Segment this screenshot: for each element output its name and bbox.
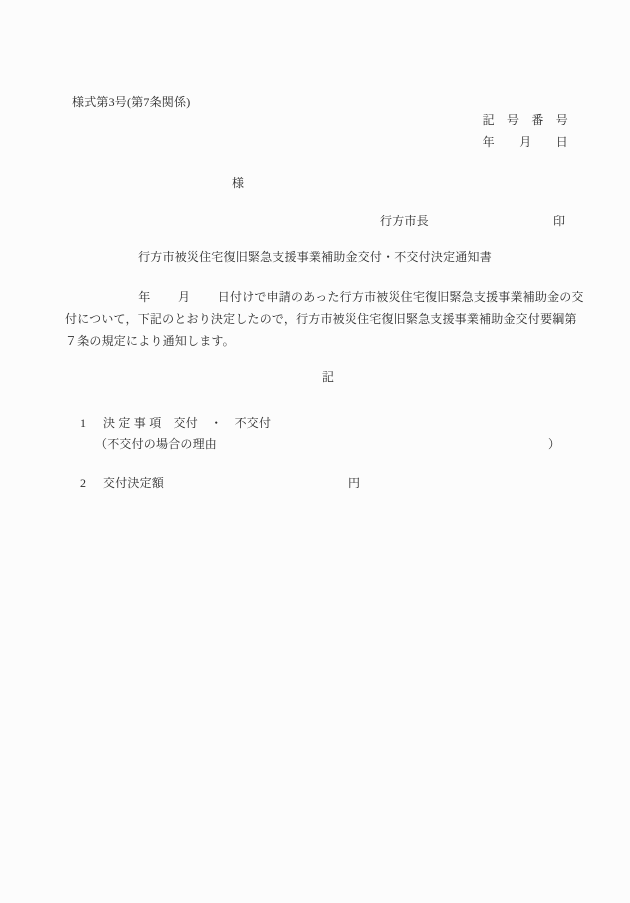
seal-mark: 印	[553, 214, 565, 229]
body-paragraph-line-3: ７条の規定により通知します。	[65, 334, 235, 349]
item-1-nongrant-reason-open: （不交付の場合の理由	[95, 437, 217, 452]
item-1-nongrant-reason-close: ）	[548, 437, 560, 452]
document-page: 様式第3号(第7条関係) 記 号 番 号 年 月 日 様 行方市長 印 行方市被…	[0, 0, 630, 903]
form-number: 様式第3号(第7条関係)	[72, 95, 190, 110]
item-2-yen-unit: 円	[348, 476, 360, 491]
document-reference-number: 記 号 番 号	[483, 113, 568, 128]
body-paragraph-line-1: 年 月 日付けで申請のあった行方市被災住宅復旧緊急支援事業補助金の交	[65, 290, 584, 305]
item-2-number: 2	[80, 476, 86, 491]
document-date: 年 月 日	[483, 135, 568, 150]
record-marker: 記	[322, 370, 334, 385]
document-title: 行方市被災住宅復旧緊急支援事業補助金交付・不交付決定通知書	[0, 250, 630, 265]
body-paragraph-line-2: 付について，下記のとおり決定したので，行方市被災住宅復旧緊急支援事業補助金交付要…	[65, 312, 577, 327]
item-1-number: 1	[80, 416, 86, 431]
item-2-grant-amount-label: 交付決定額	[103, 476, 164, 491]
item-1-decision-content: 決 定 事 項 交付 ・ 不交付	[103, 416, 271, 431]
sender-name: 行方市長	[380, 214, 429, 229]
addressee-honorific: 様	[232, 176, 244, 191]
